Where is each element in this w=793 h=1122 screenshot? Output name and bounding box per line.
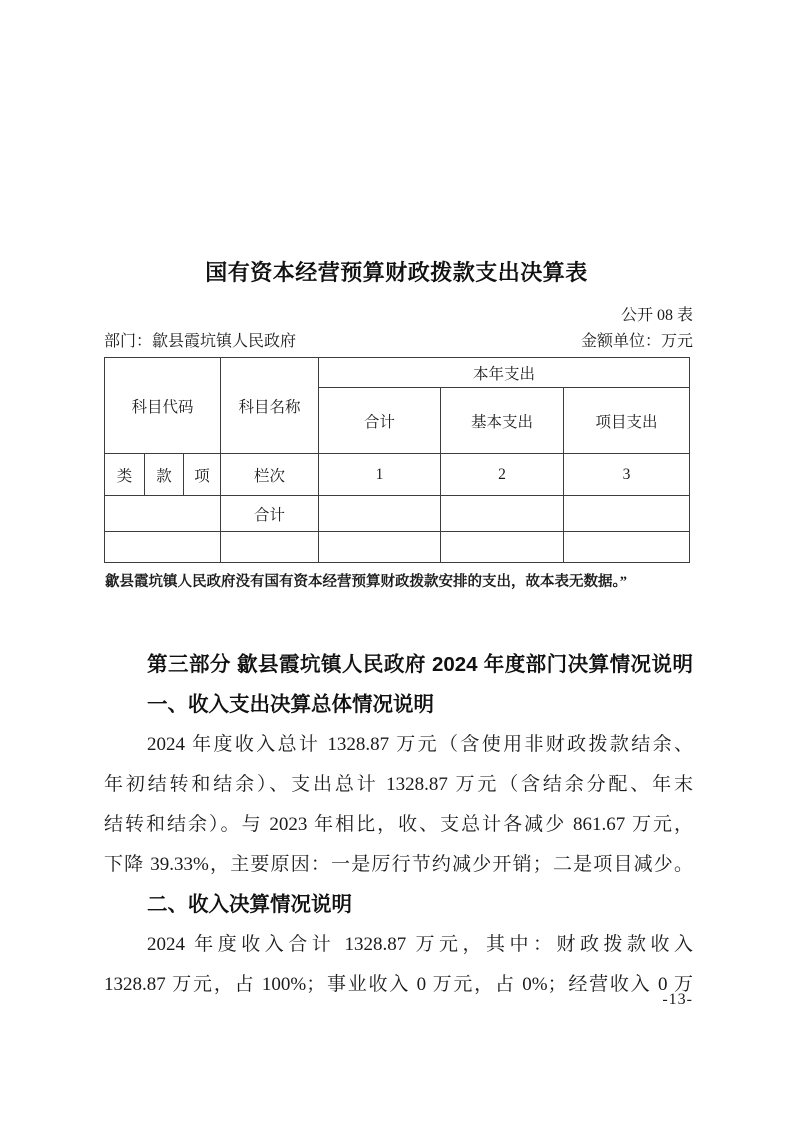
table-note: 歙县霞坑镇人民政府没有国有资本经营预算财政拨款安排的支出，故本表无数据。” — [105, 570, 693, 591]
row-basic-cell — [441, 532, 564, 563]
department-label: 部门：歙县霞坑镇人民政府 — [104, 328, 296, 351]
header-cell-subject-code: 科目代码 — [105, 358, 221, 454]
row-project-cell — [564, 496, 690, 532]
row-project-cell — [564, 532, 690, 563]
header-cell-total: 合计 — [319, 388, 441, 454]
table-row — [105, 532, 690, 563]
paragraph-line: 1328.87 万元，占 100%；事业收入 0 万元，占 0%；经营收入 0 … — [104, 965, 693, 1005]
index-cell-1: 1 — [319, 454, 441, 496]
row-basic-cell — [441, 496, 564, 532]
header-cell-subject-name: 科目名称 — [221, 358, 319, 454]
paragraph-line: 年初结转和结余）、支出总计 1328.87 万元（含结余分配、年末 — [104, 765, 693, 805]
section-2-heading: 二、收入决算情况说明 — [104, 885, 693, 925]
table-row: 合计 — [105, 496, 690, 532]
page-title: 国有资本经营预算财政拨款支出决算表 — [0, 256, 793, 287]
paragraph-line: 2024 年度收入合计 1328.87 万元，其中：财政拨款收入 — [104, 925, 693, 965]
index-cell-column-label: 栏次 — [221, 454, 319, 496]
header-cell-year-expenditure: 本年支出 — [319, 358, 690, 388]
index-cell-category: 类 — [105, 454, 145, 496]
document-page: 国有资本经营预算财政拨款支出决算表 公开 08 表 部门：歙县霞坑镇人民政府 金… — [0, 0, 793, 1122]
header-cell-basic: 基本支出 — [441, 388, 564, 454]
header-cell-project: 项目支出 — [564, 388, 690, 454]
row-name-cell — [221, 532, 319, 563]
section-1-heading: 一、收入支出决算总体情况说明 — [104, 685, 693, 725]
table-meta-row: 部门：歙县霞坑镇人民政府 金额单位：万元 — [104, 328, 693, 351]
index-cell-item: 项 — [184, 454, 221, 496]
row-code-cell — [105, 532, 221, 563]
index-cell-section: 款 — [145, 454, 184, 496]
index-cell-2: 2 — [441, 454, 564, 496]
unit-label: 金额单位：万元 — [581, 328, 693, 351]
index-cell-3: 3 — [564, 454, 690, 496]
paragraph-line: 2024 年度收入总计 1328.87 万元（含使用非财政拨款结余、 — [104, 725, 693, 765]
section-text-block: 第三部分 歙县霞坑镇人民政府 2024 年度部门决算情况说明 一、收入支出决算总… — [104, 645, 693, 1005]
table-index-row: 类 款 项 栏次 1 2 3 — [105, 454, 690, 496]
row-name-cell: 合计 — [221, 496, 319, 532]
part-heading: 第三部分 歙县霞坑镇人民政府 2024 年度部门决算情况说明 — [104, 645, 693, 685]
paragraph-line: 结转和结余）。与 2023 年相比，收、支总计各减少 861.67 万元， — [104, 805, 693, 845]
table-header-row-1: 科目代码 科目名称 本年支出 — [105, 358, 690, 388]
row-total-cell — [319, 532, 441, 563]
page-number: -13- — [662, 991, 693, 1009]
table-number-label: 公开 08 表 — [621, 302, 693, 325]
row-code-cell — [105, 496, 221, 532]
row-total-cell — [319, 496, 441, 532]
budget-table: 科目代码 科目名称 本年支出 合计 基本支出 项目支出 类 款 项 栏次 1 2… — [104, 357, 690, 563]
paragraph-line: 下降 39.33%，主要原因：一是厉行节约减少开销；二是项目减少。 — [104, 845, 693, 885]
